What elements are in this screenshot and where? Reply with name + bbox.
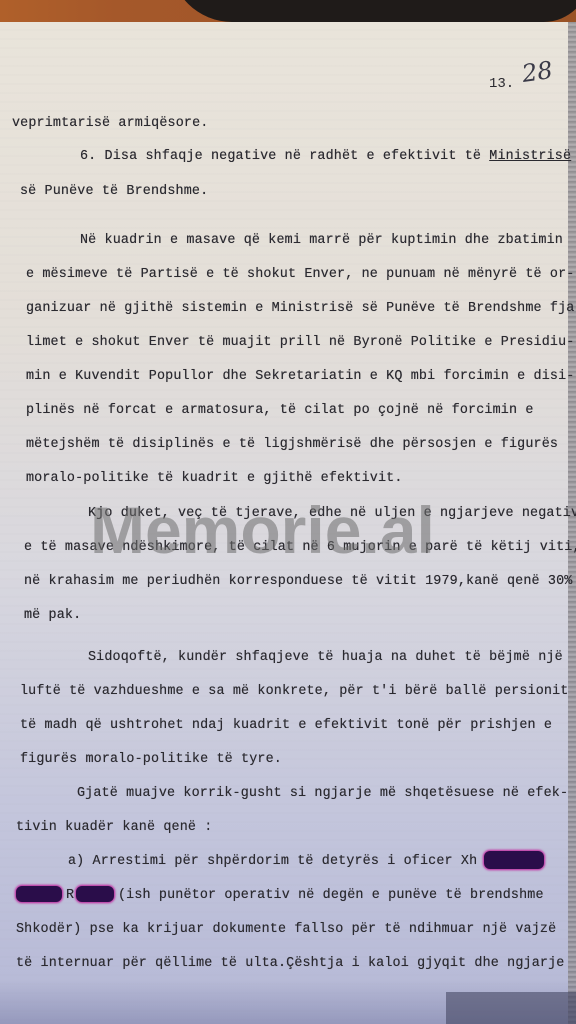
text-line: Në kuadrin e masave që kemi marrë për ku… <box>80 233 563 248</box>
text-line: figurës moralo-politike të tyre. <box>20 752 282 767</box>
handwritten-page-number: 28 <box>520 56 554 88</box>
section-heading: 6. Disa shfaqje negative në radhët e efe… <box>80 149 571 164</box>
text-line: në krahasim me periudhën korresponduese … <box>24 574 572 589</box>
heading-text: 6. Disa shfaqje negative në radhët e efe… <box>80 149 489 164</box>
text-line: (ish punëtor operativ në degën e punëve … <box>118 888 544 903</box>
text-line: e mësimeve të Partisë e të shokut Enver,… <box>26 267 574 282</box>
text-line: min e Kuvendit Popullor dhe Sekretariati… <box>26 369 574 384</box>
page-edge-shadow <box>568 22 576 1024</box>
text-line: së Punëve të Brendshme. <box>20 184 208 199</box>
typewritten-page: 28 13. veprimtarisë armiqësore. 6. Disa … <box>0 22 576 1024</box>
text-line: mëtejshëm të disiplinës e të ligjshmëris… <box>26 437 558 452</box>
text-line: më pak. <box>24 608 81 623</box>
text-line: Gjatë muajve korrik-gusht si ngjarje më … <box>77 786 568 801</box>
redaction-mark <box>484 851 544 869</box>
text-line: a) Arrestimi për shpërdorim të detyrës i… <box>68 854 477 869</box>
text-line: ganizuar në gjithë sistemin e Ministrisë… <box>26 301 576 316</box>
text-line: tivin kuadër kanë qenë : <box>16 820 212 835</box>
text-line: të internuar për qëllime të ulta.Çështja… <box>16 956 564 971</box>
photocopy-dark-patch <box>446 992 576 1024</box>
text-line: të madh që ushtrohet ndaj kuadrit e efek… <box>20 718 552 733</box>
redaction-mark <box>76 886 114 902</box>
text-line: Sidoqoftë, kundër shfaqjeve të huaja na … <box>88 650 563 665</box>
text-line: Shkodër) pse ka krijuar dokumente fallso… <box>16 922 556 937</box>
text-line: plinës në forcat e armatosura, të cilat … <box>26 403 534 418</box>
watermark: Memorie.al <box>90 492 435 568</box>
text-line: veprimtarisë armiqësore. <box>12 116 208 131</box>
text-line: limet e shokut Enver të muajit prill në … <box>26 335 574 350</box>
text-line: moralo-politike të kuadrit e gjithë efek… <box>26 471 403 486</box>
text-line: R <box>66 888 74 903</box>
dark-object-on-desk <box>170 0 576 22</box>
text-line: luftë të vazhdueshme e sa më konkrete, p… <box>20 684 568 699</box>
heading-underlined-word: Ministrisë <box>489 149 571 164</box>
page-number: 13. <box>489 76 514 92</box>
redaction-mark <box>16 886 62 902</box>
